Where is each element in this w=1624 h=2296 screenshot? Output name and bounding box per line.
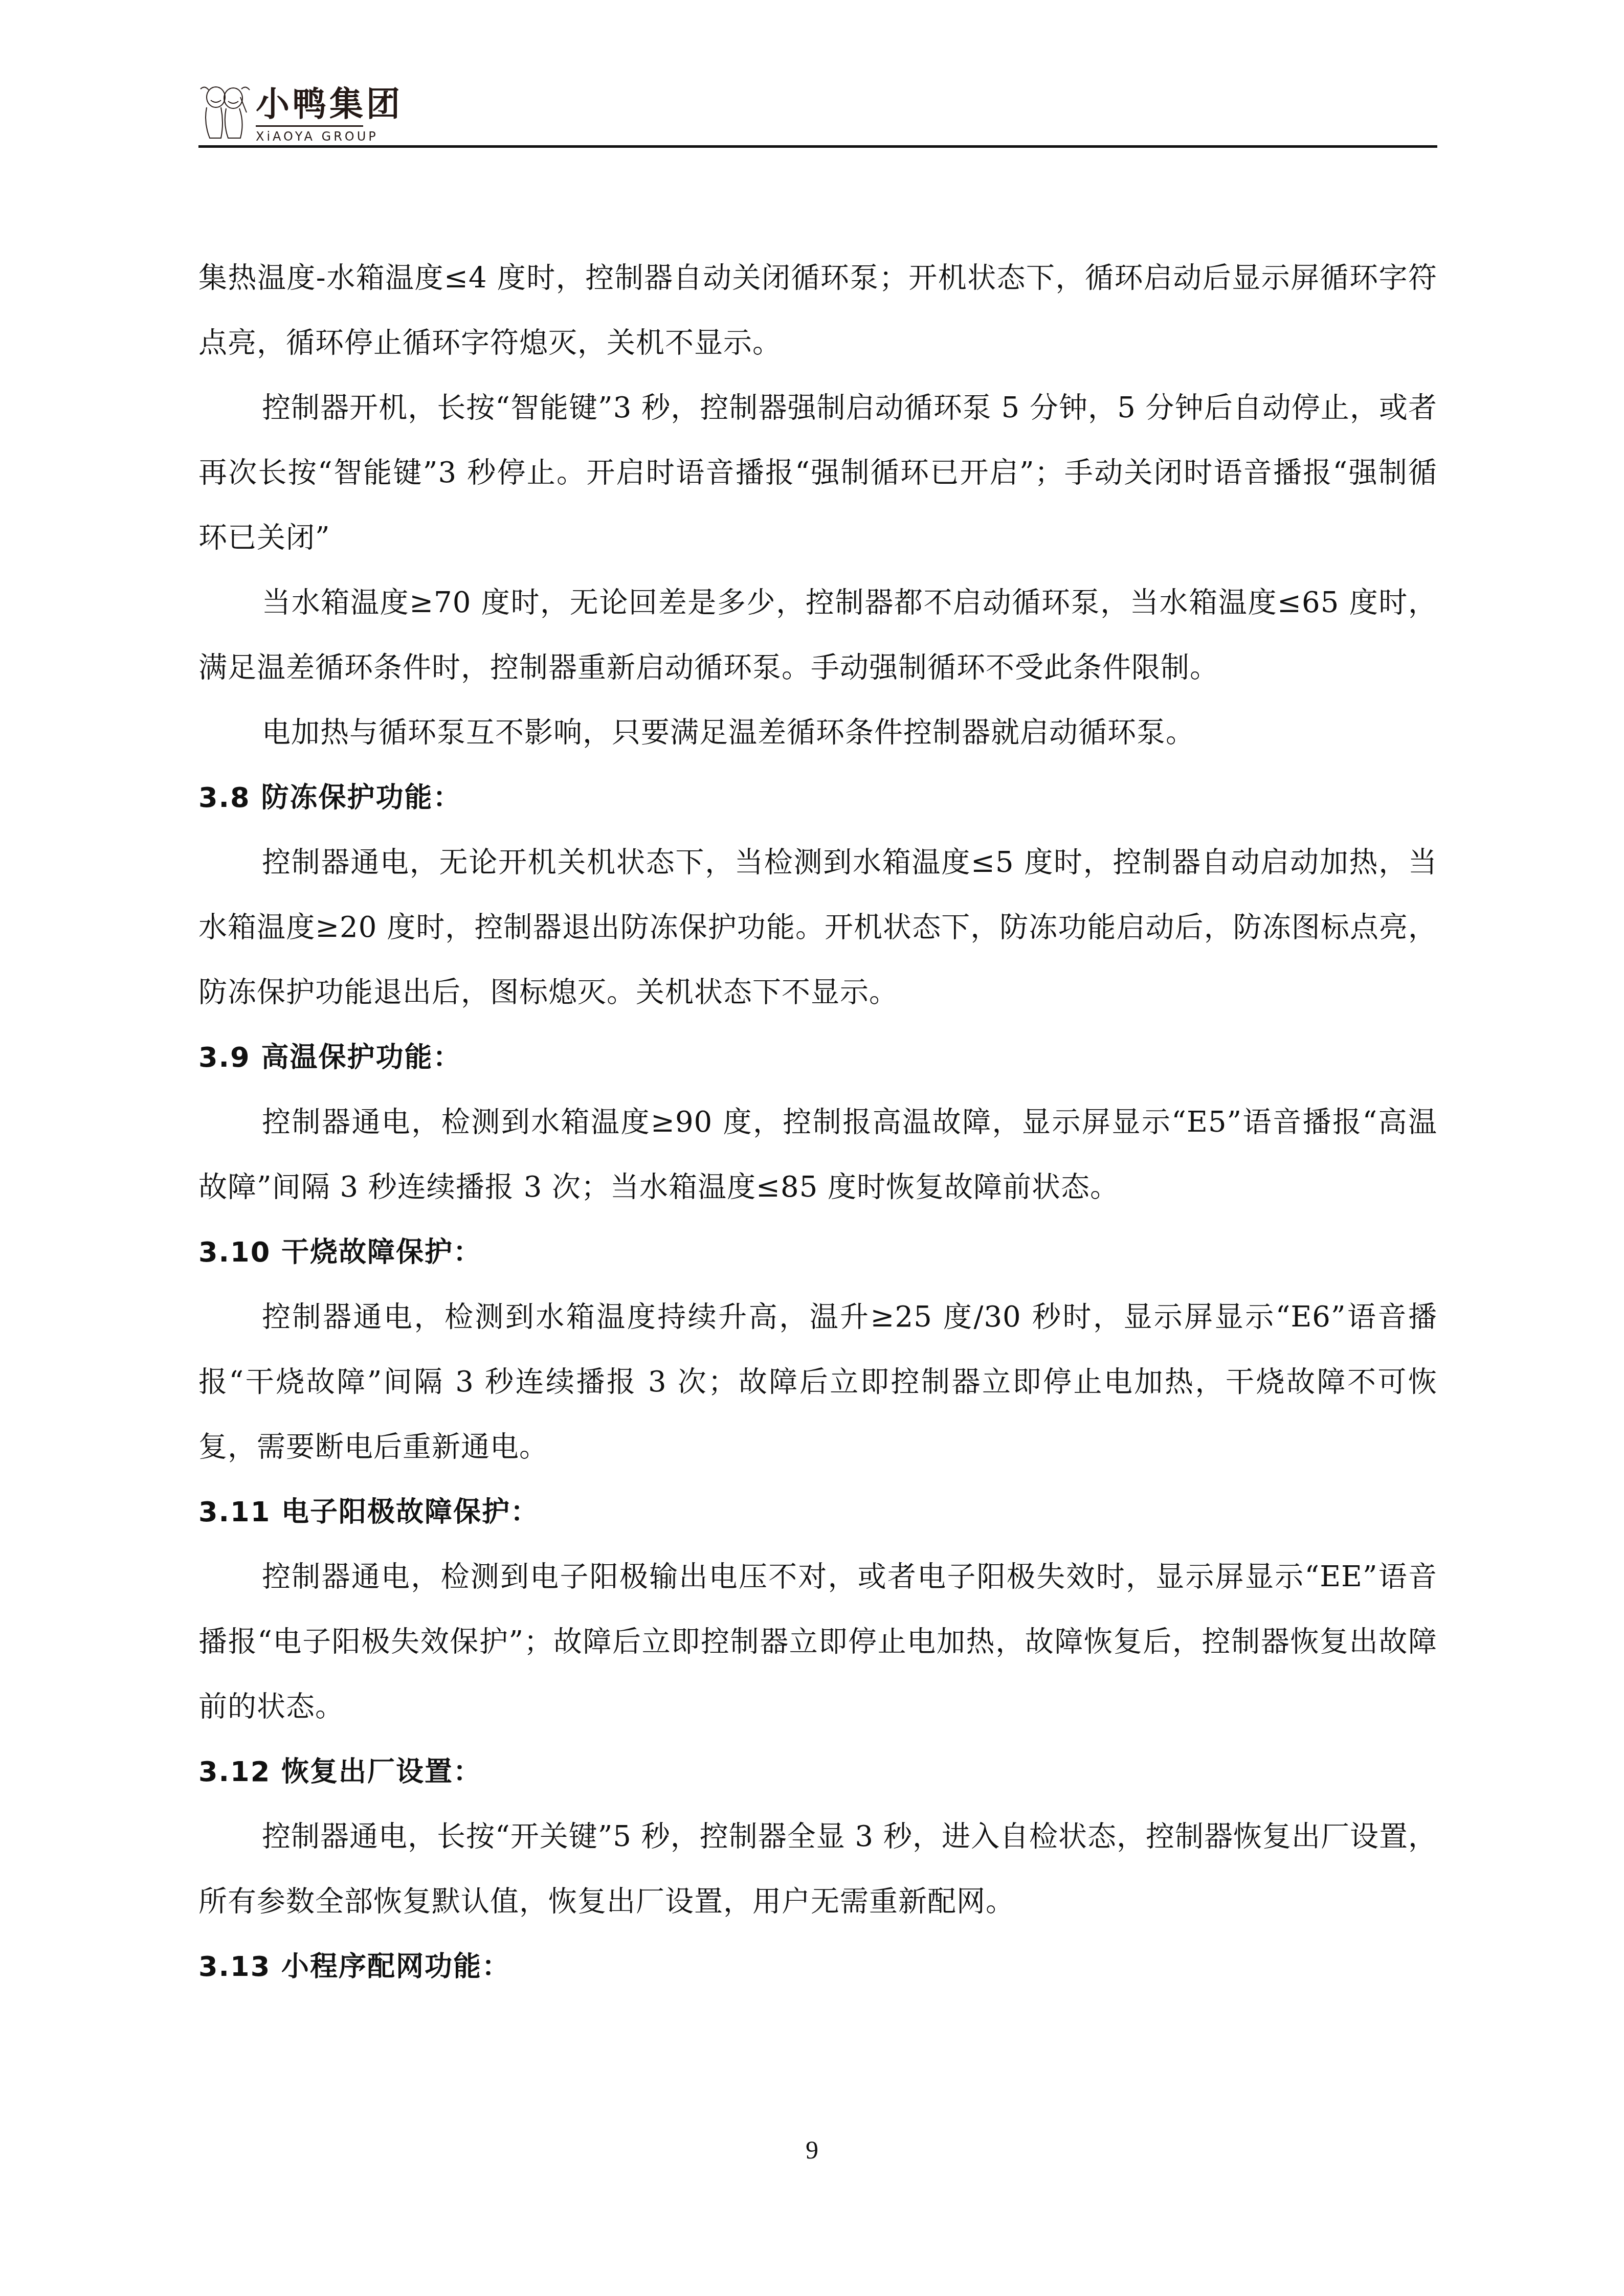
- header-rule: [198, 145, 1437, 148]
- duck-mascot-icon: [199, 82, 251, 143]
- paragraph: 电加热与循环泵互不影响，只要满足温差循环条件控制器就启动循环泵。: [198, 700, 1437, 765]
- document-body: 集热温度-水箱温度≤4 度时，控制器自动关闭循环泵；开机状态下，循环启动后显示屏…: [198, 245, 1437, 1999]
- section-heading-3-10: 3.10 干烧故障保护：: [198, 1220, 1437, 1285]
- section-heading-3-12: 3.12 恢复出厂设置：: [198, 1739, 1437, 1804]
- section-heading-3-9: 3.9 高温保护功能：: [198, 1025, 1437, 1090]
- logo-divider: [256, 125, 363, 127]
- paragraph: 控制器通电，检测到电子阳极输出电压不对，或者电子阳极失效时，显示屏显示“EE”语…: [198, 1544, 1437, 1739]
- xiaoya-group-logo: 小鸭集团 XiAOYA GROUP: [199, 72, 403, 143]
- paragraph: 控制器通电，长按“开关键”5 秒，控制器全显 3 秒，进入自检状态，控制器恢复出…: [198, 1804, 1437, 1934]
- paragraph: 当水箱温度≥70 度时，无论回差是多少，控制器都不启动循环泵，当水箱温度≤65 …: [198, 570, 1437, 700]
- paragraph: 控制器开机，长按“智能键”3 秒，控制器强制启动循环泵 5 分钟，5 分钟后自动…: [198, 375, 1437, 570]
- logo-english-name: XiAOYA GROUP: [256, 130, 403, 143]
- section-heading-3-11: 3.11 电子阳极故障保护：: [198, 1479, 1437, 1544]
- paragraph: 集热温度-水箱温度≤4 度时，控制器自动关闭循环泵；开机状态下，循环启动后显示屏…: [198, 245, 1437, 375]
- page-number: 9: [0, 2135, 1624, 2165]
- page-header: 小鸭集团 XiAOYA GROUP: [199, 72, 1437, 148]
- logo-chinese-name: 小鸭集团: [256, 85, 403, 123]
- paragraph: 控制器通电，无论开机关机状态下，当检测到水箱温度≤5 度时，控制器自动启动加热，…: [198, 830, 1437, 1025]
- paragraph: 控制器通电，检测到水箱温度≥90 度，控制报高温故障，显示屏显示“E5”语音播报…: [198, 1090, 1437, 1220]
- section-heading-3-8: 3.8 防冻保护功能：: [198, 765, 1437, 830]
- paragraph: 控制器通电，检测到水箱温度持续升高，温升≥25 度/30 秒时，显示屏显示“E6…: [198, 1285, 1437, 1479]
- section-heading-3-13: 3.13 小程序配网功能：: [198, 1934, 1437, 1999]
